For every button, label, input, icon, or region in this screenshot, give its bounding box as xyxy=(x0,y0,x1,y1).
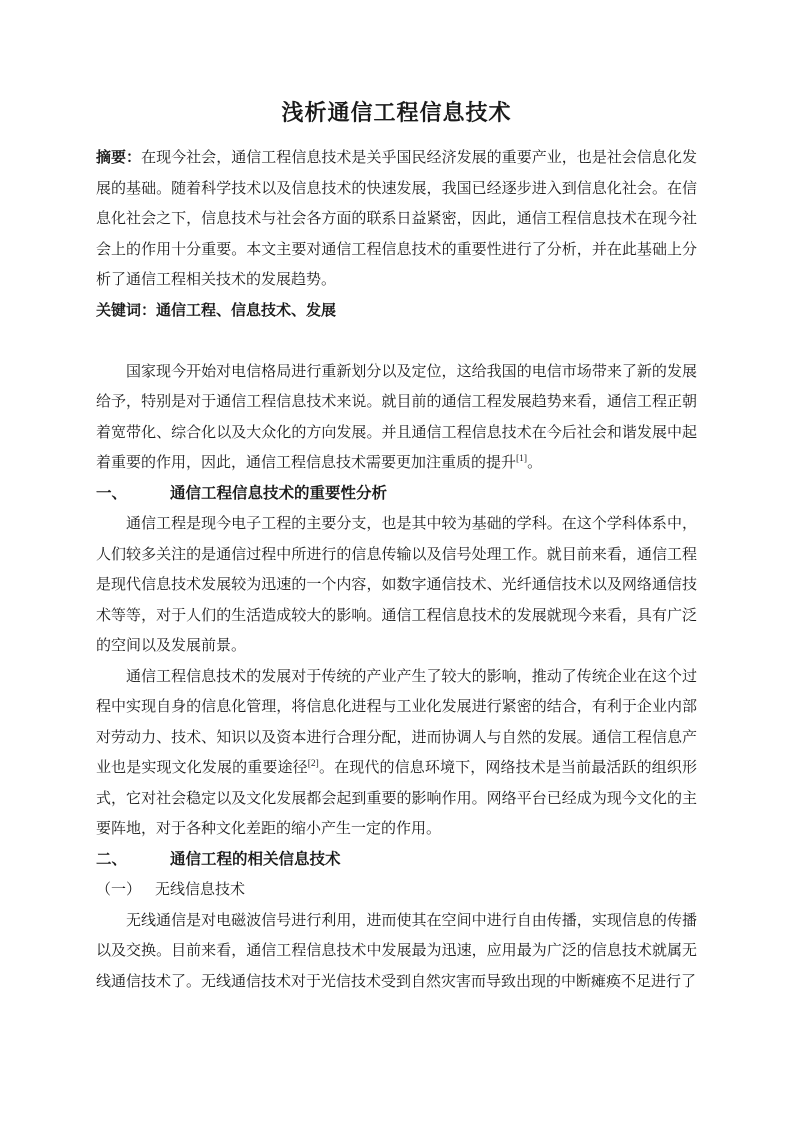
intro-text: 国家现今开始对电信格局进行重新划分以及定位，这给我国的电信市场带来了新的发展给予… xyxy=(96,364,697,472)
keywords-line: 关键词：通信工程、信息技术、发展 xyxy=(96,296,697,327)
section-2-number: 二、 xyxy=(96,845,170,876)
subsection-1-title: 无线信息技术 xyxy=(155,882,245,898)
intro-paragraph: 国家现今开始对电信格局进行重新划分以及定位，这给我国的电信市场带来了新的发展给予… xyxy=(96,357,697,479)
citation-1: [1] xyxy=(516,454,527,464)
keywords-label: 关键词： xyxy=(96,303,156,319)
citation-2: [2] xyxy=(308,759,319,769)
subsection-1-heading: （一）无线信息技术 xyxy=(96,875,697,906)
section-1-paragraph-2: 通信工程信息技术的发展对于传统的产业产生了较大的影响，推动了传统企业在这个过程中… xyxy=(96,662,697,845)
abstract-text: 在现今社会，通信工程信息技术是关乎国民经济发展的重要产业，也是社会信息化发展的基… xyxy=(96,150,697,288)
section-2-title: 通信工程的相关信息技术 xyxy=(170,851,341,868)
subsection-1-paragraph: 无线通信是对电磁波信号进行利用，进而使其在空间中进行自由传播，实现信息的传播以及… xyxy=(96,906,697,998)
document-content: 浅析通信工程信息技术 摘要：在现今社会，通信工程信息技术是关乎国民经济发展的重要… xyxy=(96,97,697,997)
section-1-number: 一、 xyxy=(96,479,170,510)
document-title: 浅析通信工程信息技术 xyxy=(96,97,697,129)
document-page: 浅析通信工程信息技术 摘要：在现今社会，通信工程信息技术是关乎国民经济发展的重要… xyxy=(0,0,793,1122)
section-1-heading: 一、通信工程信息技术的重要性分析 xyxy=(96,479,697,510)
section-2-heading: 二、通信工程的相关信息技术 xyxy=(96,845,697,876)
subsection-1-number: （一） xyxy=(96,875,141,906)
intro-text-after: 。 xyxy=(527,455,542,471)
abstract-label: 摘要： xyxy=(96,150,141,166)
abstract-paragraph: 摘要：在现今社会，通信工程信息技术是关乎国民经济发展的重要产业，也是社会信息化发… xyxy=(96,143,697,296)
keywords-text: 通信工程、信息技术、发展 xyxy=(156,303,336,319)
section-1-paragraph-1: 通信工程是现今电子工程的主要分支，也是其中较为基础的学科。在这个学科体系中，人们… xyxy=(96,509,697,662)
blank-line-spacer xyxy=(96,326,697,357)
section-1-title: 通信工程信息技术的重要性分析 xyxy=(170,485,387,502)
